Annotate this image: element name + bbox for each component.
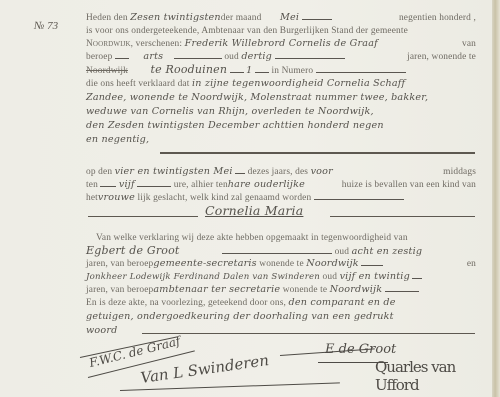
line-final: woord (86, 325, 476, 337)
handwritten-text: Zandee, wonende te Noordwijk, Molenstraa… (86, 92, 476, 104)
handwritten-declarant-name: Frederik Willebrord Cornelis de Graaf (185, 38, 378, 49)
signature-witness2: Van L Swinderen (139, 351, 270, 387)
act-number-value: 73 (47, 20, 58, 32)
blank-line (137, 179, 171, 187)
blank-line (361, 258, 383, 266)
print-text: jaren, wonende te (407, 51, 476, 63)
print-text: oud (224, 52, 239, 62)
handwritten-day: Zesen twintigsten (130, 12, 221, 23)
handwritten-residence: te Rooduinen (150, 63, 227, 76)
line-appeared: Noordwijk, verschenen: Frederik Willebro… (86, 38, 476, 50)
handwritten-profession: arts (143, 51, 163, 62)
handwritten-age: dertig (241, 51, 272, 62)
print-text: En is deze akte, na voorlezing, geteeken… (86, 298, 286, 308)
print-text: verschenen: (136, 39, 182, 49)
act-number-prefix: № (34, 20, 44, 32)
handwritten-place: hare ouderlijke (228, 179, 305, 190)
print-text: lijk geslacht, welk kind zal genaamd wor… (137, 193, 311, 203)
line-residence: Noordwijk te Rooduinen 1 in Numero (86, 64, 476, 77)
blank-line (314, 192, 404, 200)
handwritten-witness2-age: vijf en twintig (340, 271, 410, 282)
signature-registrar: Quarles van Ufford (375, 358, 494, 394)
fill-rule (160, 152, 475, 154)
handwritten-text: getuigen, ondergoedkeuring der doorhalin… (86, 311, 476, 323)
handwritten-text: en negentig, (86, 134, 149, 145)
print-text: jaren, van beroep (86, 259, 153, 269)
print-text: middags (443, 166, 476, 178)
handwritten-sex: vrouwe (98, 192, 135, 203)
print-text: Heden den (86, 13, 128, 23)
print-text: huize is bevallen van een kind van (342, 179, 476, 191)
handwritten-text: woord (86, 325, 118, 336)
certificate-page: № 73 Heden den Zesen twintigstender maan… (0, 0, 494, 397)
blank-line (115, 51, 129, 59)
line-witness2-profession: jaren, van beroepambtenaar ter secretari… (86, 284, 476, 296)
blank-line (174, 51, 222, 59)
line-birth-time: ten vijf ure, alhier tenhare ouderlijke … (86, 179, 476, 191)
blank-line (235, 166, 245, 174)
handwritten-hour: vijf (119, 179, 135, 190)
print-text: het (86, 193, 98, 203)
fill-rule (142, 333, 475, 334)
handwritten-witness2-residence: Noordwijk (330, 284, 383, 295)
print-text: beroep (86, 52, 112, 62)
blank-line (255, 65, 269, 73)
handwritten-witness1-residence: Noordwijk (306, 258, 359, 269)
fill-rule (88, 216, 198, 217)
handwritten-witness1-name: Egbert de Groot (86, 244, 180, 257)
handwritten-witness2-profession: ambtenaar ter secretarie (153, 284, 280, 295)
print-text: oud (323, 272, 338, 282)
print-text: jaren, van beroep (86, 285, 153, 295)
line-witness1: Egbert de Groot oud acht en zestig (86, 245, 476, 258)
line-declared: die ons heeft verklaard dat in zijne teg… (86, 78, 476, 90)
blank-line (222, 246, 332, 254)
line-year-end: en negentig, (86, 134, 476, 146)
line-witness1-profession: jaren, van beroepgemeente-secretaris won… (86, 258, 476, 270)
handwritten-witness1-profession: gemeente-secretaris (153, 258, 256, 269)
print-text: negentien honderd , (399, 12, 476, 24)
handwritten-text: weduwe van Cornelis van Rhijn, overleden… (86, 106, 476, 118)
line-child-name: Cornelia Maria (205, 205, 325, 219)
handwritten-text: den comparant en de (289, 297, 396, 308)
print-text: dezes jaars, des (248, 167, 308, 177)
handwritten-am-pm: voor (311, 166, 333, 177)
line-signing: En is deze akte, na voorlezing, geteeken… (86, 297, 476, 309)
line-profession: beroep arts oud dertig jaren, wonende te (86, 51, 476, 63)
print-text: van (462, 38, 476, 50)
handwritten-birth-date: vier en twintigsten Mei (115, 166, 233, 177)
blank-line (302, 12, 332, 20)
print-text: en (467, 258, 476, 270)
municipality-name: Noordwijk, (86, 39, 133, 49)
handwritten-month: Mei (280, 12, 299, 23)
blank-line (275, 51, 345, 59)
print-text: op den (86, 167, 112, 177)
fill-rule (330, 216, 475, 217)
print-text: wonende te (283, 285, 327, 295)
blank-line (385, 284, 419, 292)
print-text: is voor ons ondergeteekende, Ambtenaar v… (86, 26, 408, 36)
print-text: ten (86, 180, 98, 190)
blank-line (100, 179, 116, 187)
print-text: wonende te (259, 259, 303, 269)
print-text: oud (335, 247, 350, 257)
line-birth-date: op den vier en twintigsten Mei dezes jaa… (86, 166, 476, 178)
struck-print-text: Noordwijk (86, 66, 128, 76)
print-text: Van welke verklaring wij deze akte hebbe… (96, 233, 408, 243)
line-official: is voor ons ondergeteekende, Ambtenaar v… (86, 25, 476, 37)
act-number: № 73 (34, 20, 58, 32)
blank-line (412, 271, 422, 279)
handwritten-witness2-name: Jonkheer Lodewijk Ferdinand Dalen van Sw… (86, 272, 320, 282)
line-witnesses-intro: Van welke verklaring wij deze akte hebbe… (96, 232, 486, 244)
handwritten-text: in zijne tegenwoordigheid Cornelia Schaf… (192, 78, 405, 89)
print-text: die ons heeft verklaard dat (86, 79, 190, 89)
print-text: in Numero (271, 66, 313, 76)
line-date: Heden den Zesen twintigstender maand Mei… (86, 12, 476, 24)
blank-line (230, 65, 244, 73)
binding-edge (492, 0, 500, 397)
line-witness2: Jonkheer Lodewijk Ferdinand Dalen van Sw… (86, 271, 476, 283)
handwritten-text: den Zesden twintigsten December achttien… (86, 120, 476, 132)
handwritten-house-number: 1 (246, 65, 252, 76)
handwritten-child-name: Cornelia Maria (205, 203, 303, 218)
blank-line (316, 65, 406, 73)
print-text: der maand (221, 13, 262, 23)
handwritten-witness1-age: acht en zestig (352, 246, 423, 257)
print-text: ure, alhier ten (174, 180, 228, 190)
